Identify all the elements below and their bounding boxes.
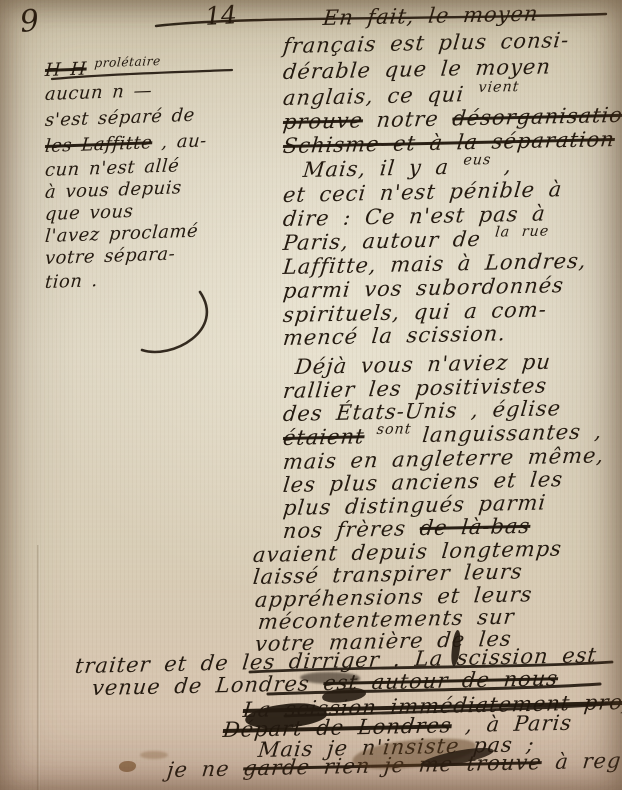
manuscript-line: Schisme et à la séparation	[282, 129, 616, 157]
handwritten-text: ,	[489, 154, 513, 179]
handwritten-text: tion .	[44, 270, 98, 293]
handwritten-text: à regretter	[541, 747, 622, 774]
struck-text: prouve	[282, 108, 364, 134]
manuscript-line: mencé la scission.	[282, 323, 507, 349]
manuscript-line: je ne garde rien je me trouve à regrette…	[166, 749, 622, 781]
manuscript-line: En fait, le moyen	[322, 3, 540, 29]
crossed-out-number: 14	[204, 0, 237, 31]
struck-text: est autour de nous	[322, 666, 559, 695]
paper-crease	[37, 545, 40, 790]
handwritten-text: français est plus consi-	[282, 28, 571, 58]
struck-text: garde rien	[242, 754, 372, 781]
manuscript-line: Mais, il y a eus ,	[302, 156, 513, 181]
manuscript-line: aucun n —	[44, 82, 152, 104]
manuscript-line: français est plus consi-	[282, 30, 570, 57]
struck-text: je me trouve	[369, 750, 543, 778]
inserted-text: vient	[478, 79, 521, 96]
manuscript-line: tion .	[44, 272, 98, 292]
manuscript-line: votre sépara-	[44, 245, 175, 268]
manuscript-line: les Laffitte , au-	[44, 132, 207, 156]
handwritten-text: notre	[362, 106, 454, 132]
page-number: 9	[18, 3, 41, 40]
handwritten-text: venue de Londres	[91, 671, 325, 700]
handwritten-text: votre sépara-	[44, 243, 176, 269]
ink-blot	[119, 761, 136, 772]
handwritten-text: aucun n —	[44, 80, 153, 105]
struck-text: étaient	[282, 424, 366, 450]
struck-text: désorganisation.	[451, 102, 622, 130]
manuscript-line: que vous	[44, 203, 134, 224]
inserted-text: eus	[462, 152, 492, 169]
manuscript-line: à vous depuis	[44, 179, 182, 202]
handwritten-text: En fait, le moyen	[322, 1, 540, 30]
struck-text: de là-bas	[419, 514, 532, 540]
manuscript-line: H H prolétaire	[44, 58, 161, 80]
inserted-text: prolétaire	[87, 54, 162, 71]
manuscript-line: s'est séparé de	[44, 107, 195, 130]
handwritten-text: à vous depuis	[44, 177, 182, 203]
body-text-column: En fait, le moyenfrançais est plus consi…	[283, 0, 618, 790]
handwritten-text: je ne	[166, 756, 245, 782]
ink-smudge	[140, 751, 168, 759]
struck-text: H H	[44, 59, 87, 82]
handwritten-text: que vous	[44, 201, 134, 225]
manuscript-page: 9 14 H H prolétaireaucun n —s'est séparé…	[0, 0, 622, 790]
inserted-text: la rue	[494, 224, 550, 241]
handwritten-text: s'est séparé de	[44, 105, 195, 131]
inserted-text: sont	[364, 421, 424, 438]
margin-note-column: H H prolétaireaucun n —s'est séparé dele…	[45, 55, 290, 355]
struck-text: les Laffitte	[44, 132, 153, 157]
manuscript-line: cun n'est allé	[44, 157, 179, 180]
handwritten-text: Mais, il y a	[302, 155, 464, 182]
manuscript-line: spirituels, qui a com-	[282, 299, 548, 326]
handwritten-text: , au-	[151, 130, 207, 153]
handwritten-text: mencé la scission.	[282, 321, 507, 350]
